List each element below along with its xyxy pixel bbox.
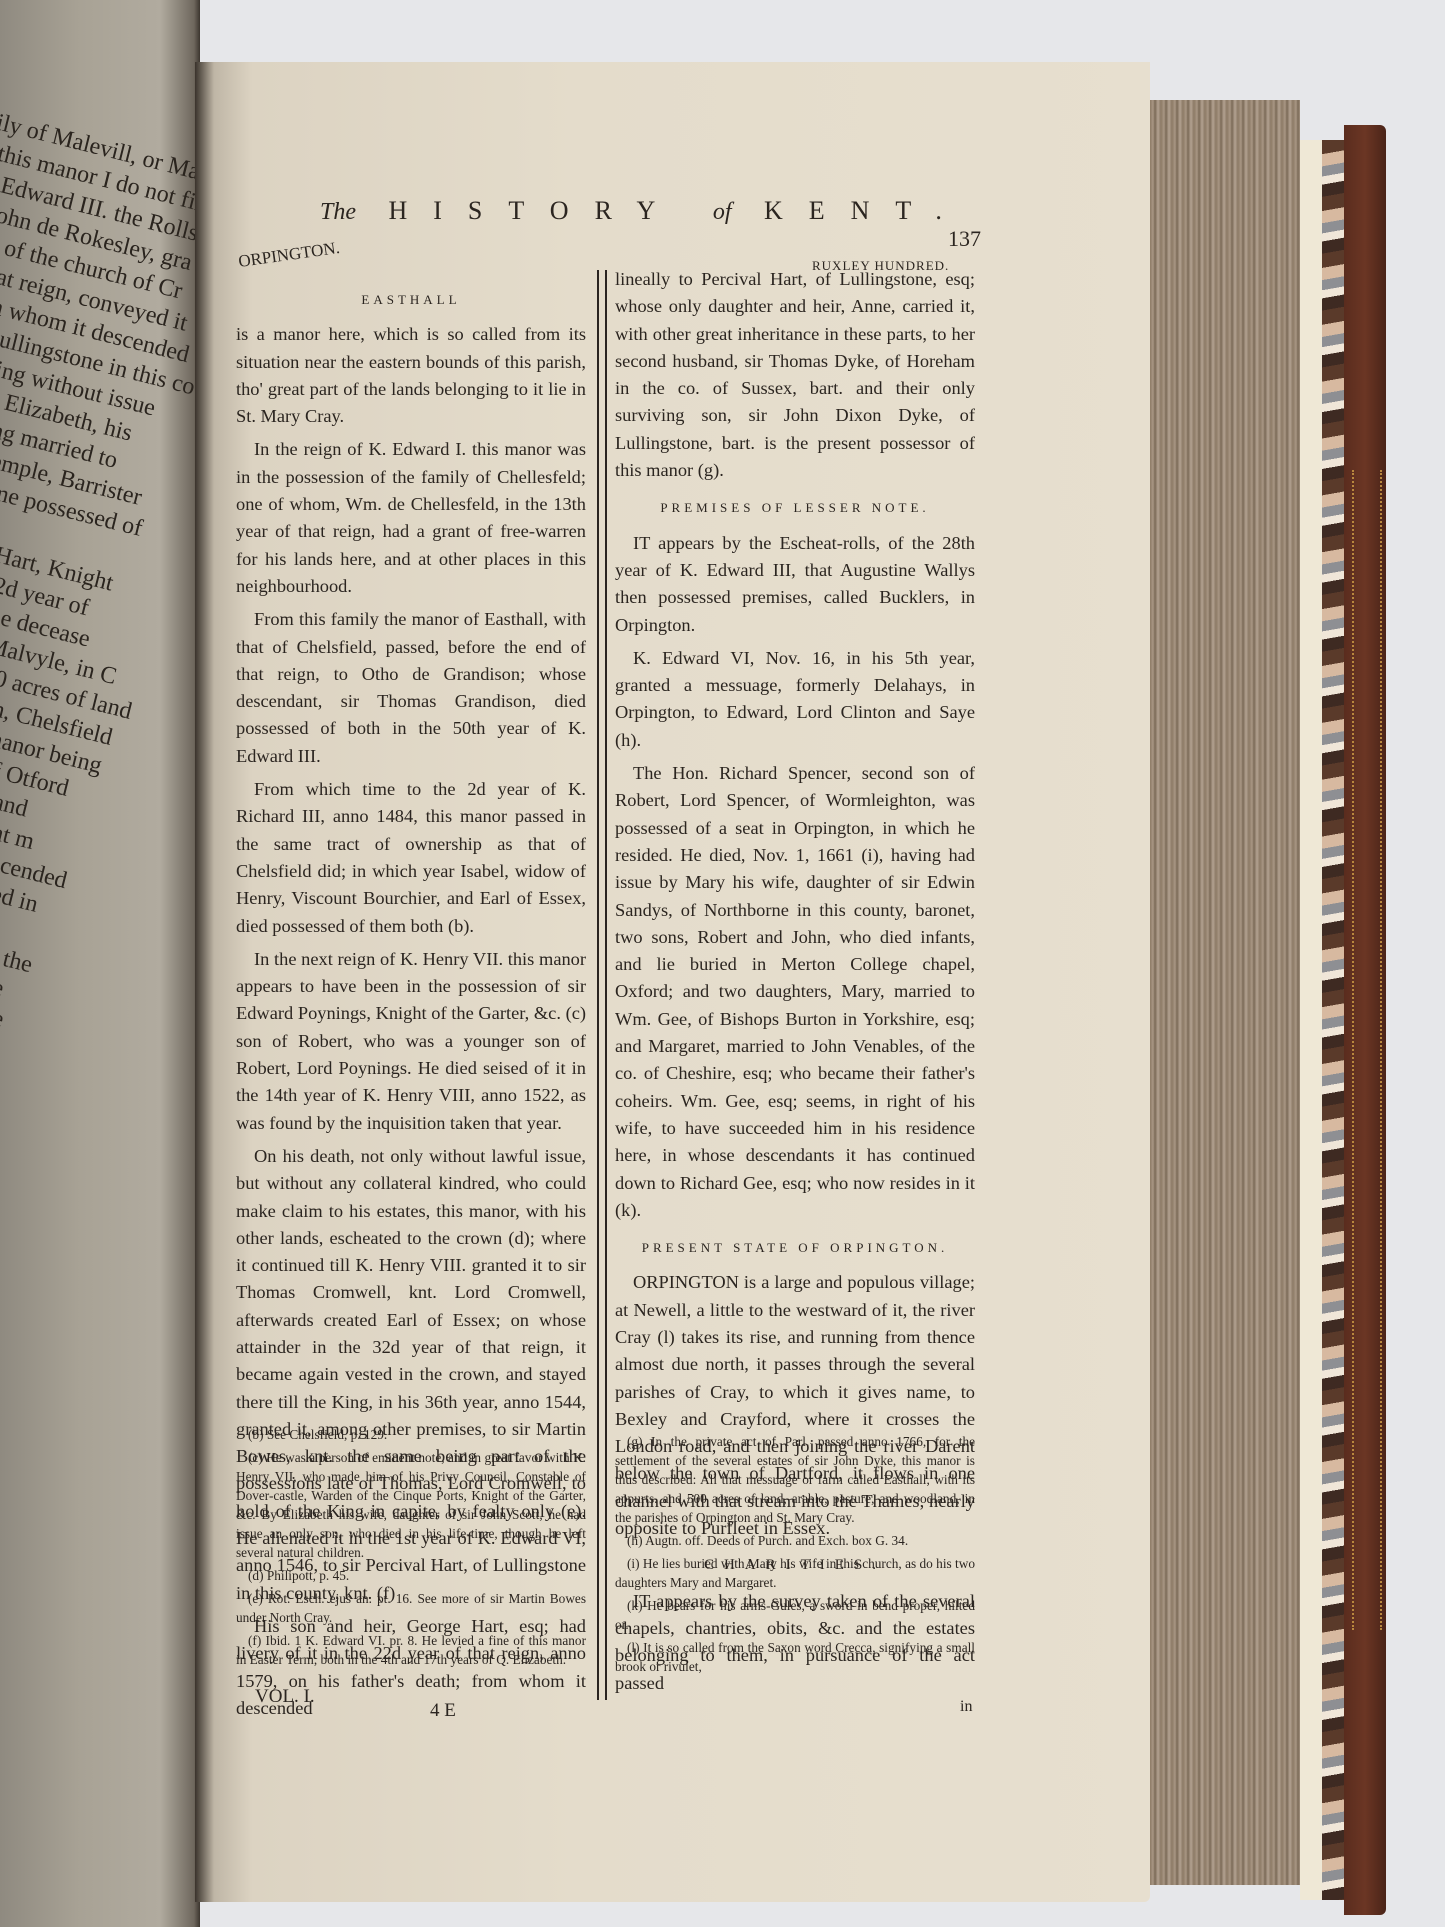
paragraph: In the next reign of K. Henry VII. this … [236, 946, 586, 1137]
page-number: 137 [948, 226, 981, 252]
running-head-title: HISTORY [389, 196, 681, 225]
facing-page-left: the family of Malevill, or Maynil,ssion … [0, 0, 200, 1927]
paragraph: is a manor here, which is so called from… [236, 321, 586, 430]
footnote: (f) Ibid. 1 K. Edward VI. pr. 8. He levi… [236, 1631, 586, 1669]
catchword: in [960, 1698, 972, 1716]
running-head: The HISTORY of KENT. [320, 196, 968, 226]
footnote: (l) It is so called from the Saxon word … [615, 1638, 975, 1676]
footnotes-left: (b) See Chelsfield, p. 129.(c) He was a … [236, 1425, 586, 1673]
paragraph: In the reign of K. Edward I. this manor … [236, 436, 586, 600]
running-head-county: KENT. [764, 196, 968, 225]
footnote: (d) Philipott, p. 45. [236, 1566, 586, 1585]
signature-mark: 4 E [430, 1700, 456, 1722]
footnote: (e) Rot. Esch. ejus an. pt. 16. See more… [236, 1589, 586, 1627]
footnote: (h) Augtn. off. Deeds of Purch. and Exch… [615, 1531, 975, 1550]
running-head-of: of [713, 199, 732, 225]
paragraph: K. Edward VI, Nov. 16, in his 5th year, … [615, 645, 975, 754]
gilt-tooling [1352, 470, 1382, 1630]
page-block-edges [1150, 100, 1300, 1885]
paragraph: The Hon. Richard Spencer, second son of … [615, 760, 975, 1224]
flyleaf [1300, 140, 1322, 1900]
footnote: (c) He was a person of eminent note, and… [236, 1448, 586, 1562]
section-heading: PREMISES OF LESSER NOTE. [615, 494, 975, 521]
marbled-endpaper [1322, 140, 1344, 1900]
column-rule [597, 270, 607, 1700]
running-head-prefix: The [320, 199, 356, 225]
section-heading: PRESENT STATE OF ORPINGTON. [615, 1234, 975, 1261]
footnote: (b) See Chelsfield, p. 129. [236, 1425, 586, 1444]
section-heading: EASTHALL [236, 286, 586, 313]
volume-signature: VOL. I. [255, 1686, 315, 1708]
footnote: (k) He bears for his arms-Gules, a sword… [615, 1596, 975, 1634]
footnote: (g) In the private act of Parl. passed a… [615, 1432, 975, 1527]
footnote: (i) He lies buried with Mary his wife in… [615, 1554, 975, 1592]
paragraph: lineally to Percival Hart, of Lullingsto… [615, 266, 975, 484]
paragraph: IT appears by the Escheat-rolls, of the … [615, 530, 975, 639]
paragraph: From this family the manor of Easthall, … [236, 606, 586, 770]
facing-page-text: the family of Malevill, or Maynil,ssion … [0, 90, 192, 1611]
footnotes-right: (g) In the private act of Parl. passed a… [615, 1432, 975, 1680]
paragraph: From which time to the 2d year of K. Ric… [236, 776, 586, 940]
